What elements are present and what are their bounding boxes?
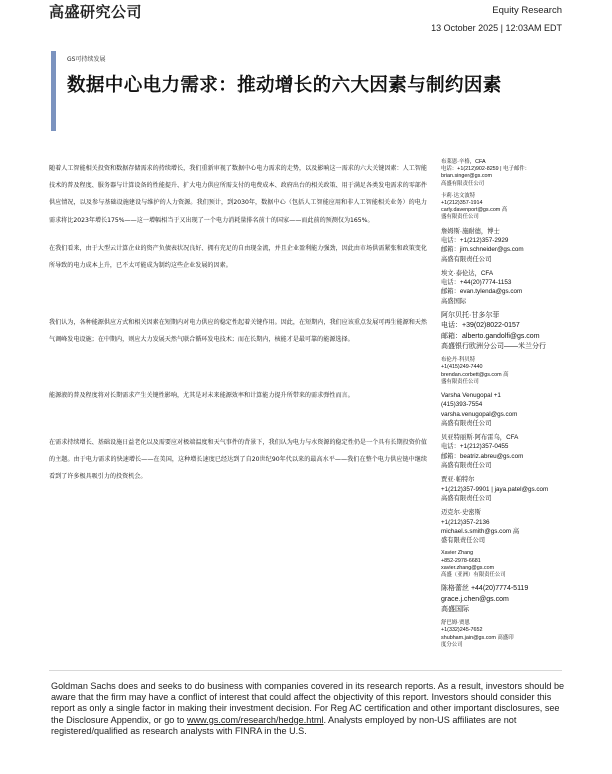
analyst-detail: +1(415)249-7440 bbox=[441, 364, 576, 371]
analyst-contact: 卡莉·达文波特+1(212)357-1914carly.davenport@gs… bbox=[441, 193, 576, 222]
body-paragraph-3: 我们认为，各种能源供应方式和相关因素在短期内对电力供应的稳定性起着关键作用。因此… bbox=[49, 314, 427, 348]
analyst-contact: 布莱恩·辛格，CFA电话：+1(212)902-8259 | 电子邮件：bria… bbox=[441, 159, 576, 188]
analyst-detail: 邮箱：alberto.gandolfi@gs.com bbox=[441, 332, 576, 342]
analyst-contact: 迈克尔·史密斯+1(212)357-2136michael.s.smith@gs… bbox=[441, 508, 576, 545]
analyst-detail: 高盛有限责任公司 bbox=[441, 494, 576, 503]
analyst-detail: 盛有限责任公司 bbox=[441, 379, 576, 386]
disclosure-link[interactable]: www.gs.com/research/hedge.html bbox=[187, 715, 323, 725]
analyst-contact: 阿尔贝托·甘多尔菲电话：+39(02)8022-0157邮箱：alberto.g… bbox=[441, 311, 576, 352]
footer-divider bbox=[49, 670, 562, 671]
analyst-name: 埃文·泰伦达，CFA bbox=[441, 269, 576, 278]
analyst-contact: 贝亚特丽斯·阿布雷乌，CFA电话：+1(212)357-0455邮箱：beatr… bbox=[441, 433, 576, 470]
analyst-detail: 高盛有限责任公司 bbox=[441, 419, 576, 428]
analyst-contact: 埃文·泰伦达，CFA电话：+44(20)7774-1153邮箱：evan.tyl… bbox=[441, 269, 576, 306]
analyst-detail: 高盛有限责任公司 bbox=[441, 461, 576, 470]
analyst-contacts: 布莱恩·辛格，CFA电话：+1(212)902-8259 | 电子邮件：bria… bbox=[441, 159, 576, 654]
analyst-contact: 贾亚·帕特尔+1(212)357-9901 | jaya.patel@gs.co… bbox=[441, 475, 576, 503]
analyst-detail: 邮箱：beatriz.abreu@gs.com bbox=[441, 452, 576, 461]
analyst-detail: +1(332)245-7652 bbox=[441, 627, 576, 634]
analyst-detail: 高盛国际 bbox=[441, 297, 576, 306]
analyst-name: Xavier Zhang bbox=[441, 550, 576, 557]
analyst-detail: brendan.corbett@gs.com 高 bbox=[441, 372, 576, 379]
analyst-detail: xavier.zhang@gs.com bbox=[441, 565, 576, 572]
analyst-detail: grace.j.chen@gs.com bbox=[441, 595, 576, 605]
section-label: Equity Research bbox=[431, 5, 562, 17]
analyst-detail: 电话：+1(212)357-2929 bbox=[441, 236, 576, 245]
publish-date: 13 October 2025 | 12:03AM EDT bbox=[431, 22, 562, 34]
analyst-detail: 邮箱：jim.schneider@gs.com bbox=[441, 245, 576, 254]
analyst-name: 陈格蕾丝 +44(20)7774-5119 bbox=[441, 584, 576, 594]
body-paragraph-2: 在我们看来，由于大型云计算企业的资产负债表状况良好、拥有充足的自由现金流，并且企… bbox=[49, 240, 427, 274]
analyst-detail: 电话：+39(02)8022-0157 bbox=[441, 321, 576, 331]
analyst-detail: 电话：+1(212)357-0455 bbox=[441, 442, 576, 451]
header-meta: Equity Research 13 October 2025 | 12:03A… bbox=[431, 5, 562, 34]
analyst-detail: shubham.jain@gs.com 高盛印 bbox=[441, 635, 576, 642]
report-kicker: GS可持续发展 bbox=[67, 54, 105, 63]
analyst-contact: 舒巴姆·贾恩+1(332)245-7652shubham.jain@gs.com… bbox=[441, 620, 576, 649]
analyst-contact: Varsha Venugopal +1(415)393-7554varsha.v… bbox=[441, 391, 576, 428]
analyst-name: 迈克尔·史密斯 bbox=[441, 508, 576, 517]
analyst-detail: 盛有限责任公司 bbox=[441, 214, 576, 221]
analyst-name: 布伦丹·科贝特 bbox=[441, 357, 576, 364]
analyst-detail: 度分公司 bbox=[441, 642, 576, 649]
analyst-name: Varsha Venugopal +1 bbox=[441, 391, 576, 400]
analyst-detail: 邮箱：evan.tylenda@gs.com bbox=[441, 287, 576, 296]
disclaimer: Goldman Sachs does and seeks to do busin… bbox=[51, 681, 566, 737]
analyst-detail: +1(212)357-9901 | jaya.patel@gs.com bbox=[441, 485, 576, 494]
analyst-detail: 电话：+1(212)902-8259 | 电子邮件： bbox=[441, 166, 576, 173]
analyst-detail: 盛有限责任公司 bbox=[441, 536, 576, 545]
analyst-detail: 电话：+44(20)7774-1153 bbox=[441, 278, 576, 287]
body-paragraph-5: 在需求持续增长、基础设施日益老化以及需要应对极端温度和天气事件的背景下，我们认为… bbox=[49, 434, 427, 486]
analyst-contact: 詹姆斯·施耐德，博士电话：+1(212)357-2929邮箱：jim.schne… bbox=[441, 227, 576, 264]
analyst-detail: 高盛有限责任公司 bbox=[441, 255, 576, 264]
analyst-detail: (415)393-7554 bbox=[441, 400, 576, 409]
analyst-contact: 陈格蕾丝 +44(20)7774-5119grace.j.chen@gs.com… bbox=[441, 584, 576, 615]
analyst-detail: 高盛（亚洲）有限责任公司 bbox=[441, 572, 576, 579]
analyst-name: 阿尔贝托·甘多尔菲 bbox=[441, 311, 576, 321]
body-paragraph-4: 能源液的普及程度将对长期需求产生关键性影响，尤其是对未来能源效率和计算能力提升所… bbox=[49, 387, 427, 404]
analyst-detail: +852-2978-6681 bbox=[441, 558, 576, 565]
analyst-name: 卡莉·达文波特 bbox=[441, 193, 576, 200]
analyst-name: 贝亚特丽斯·阿布雷乌，CFA bbox=[441, 433, 576, 442]
analyst-name: 贾亚·帕特尔 bbox=[441, 475, 576, 484]
body-paragraph-1: 随着人工智能相关投资和数据存储需求的持续增长，我们重新审视了数据中心电力需求的走… bbox=[49, 160, 427, 229]
analyst-detail: varsha.venugopal@gs.com bbox=[441, 410, 576, 419]
analyst-detail: 高盛银行欧洲分公司——米兰分行 bbox=[441, 342, 576, 352]
analyst-name: 舒巴姆·贾恩 bbox=[441, 620, 576, 627]
analyst-detail: +1(212)357-2136 bbox=[441, 518, 576, 527]
analyst-detail: 高盛有限责任公司 bbox=[441, 181, 576, 188]
title-accent-bar bbox=[51, 51, 56, 131]
analyst-detail: brian.singer@gs.com bbox=[441, 173, 576, 180]
analyst-contact: Xavier Zhang+852-2978-6681xavier.zhang@g… bbox=[441, 550, 576, 579]
analyst-contact: 布伦丹·科贝特+1(415)249-7440brendan.corbett@gs… bbox=[441, 357, 576, 386]
analyst-detail: michael.s.smith@gs.com 高 bbox=[441, 527, 576, 536]
header-brand: 高盛研究公司 bbox=[49, 1, 142, 22]
report-title: 数据中心电力需求：推动增长的六大因素与制约因素 bbox=[67, 71, 502, 97]
analyst-name: 詹姆斯·施耐德，博士 bbox=[441, 227, 576, 236]
analyst-detail: 高盛国际 bbox=[441, 605, 576, 615]
